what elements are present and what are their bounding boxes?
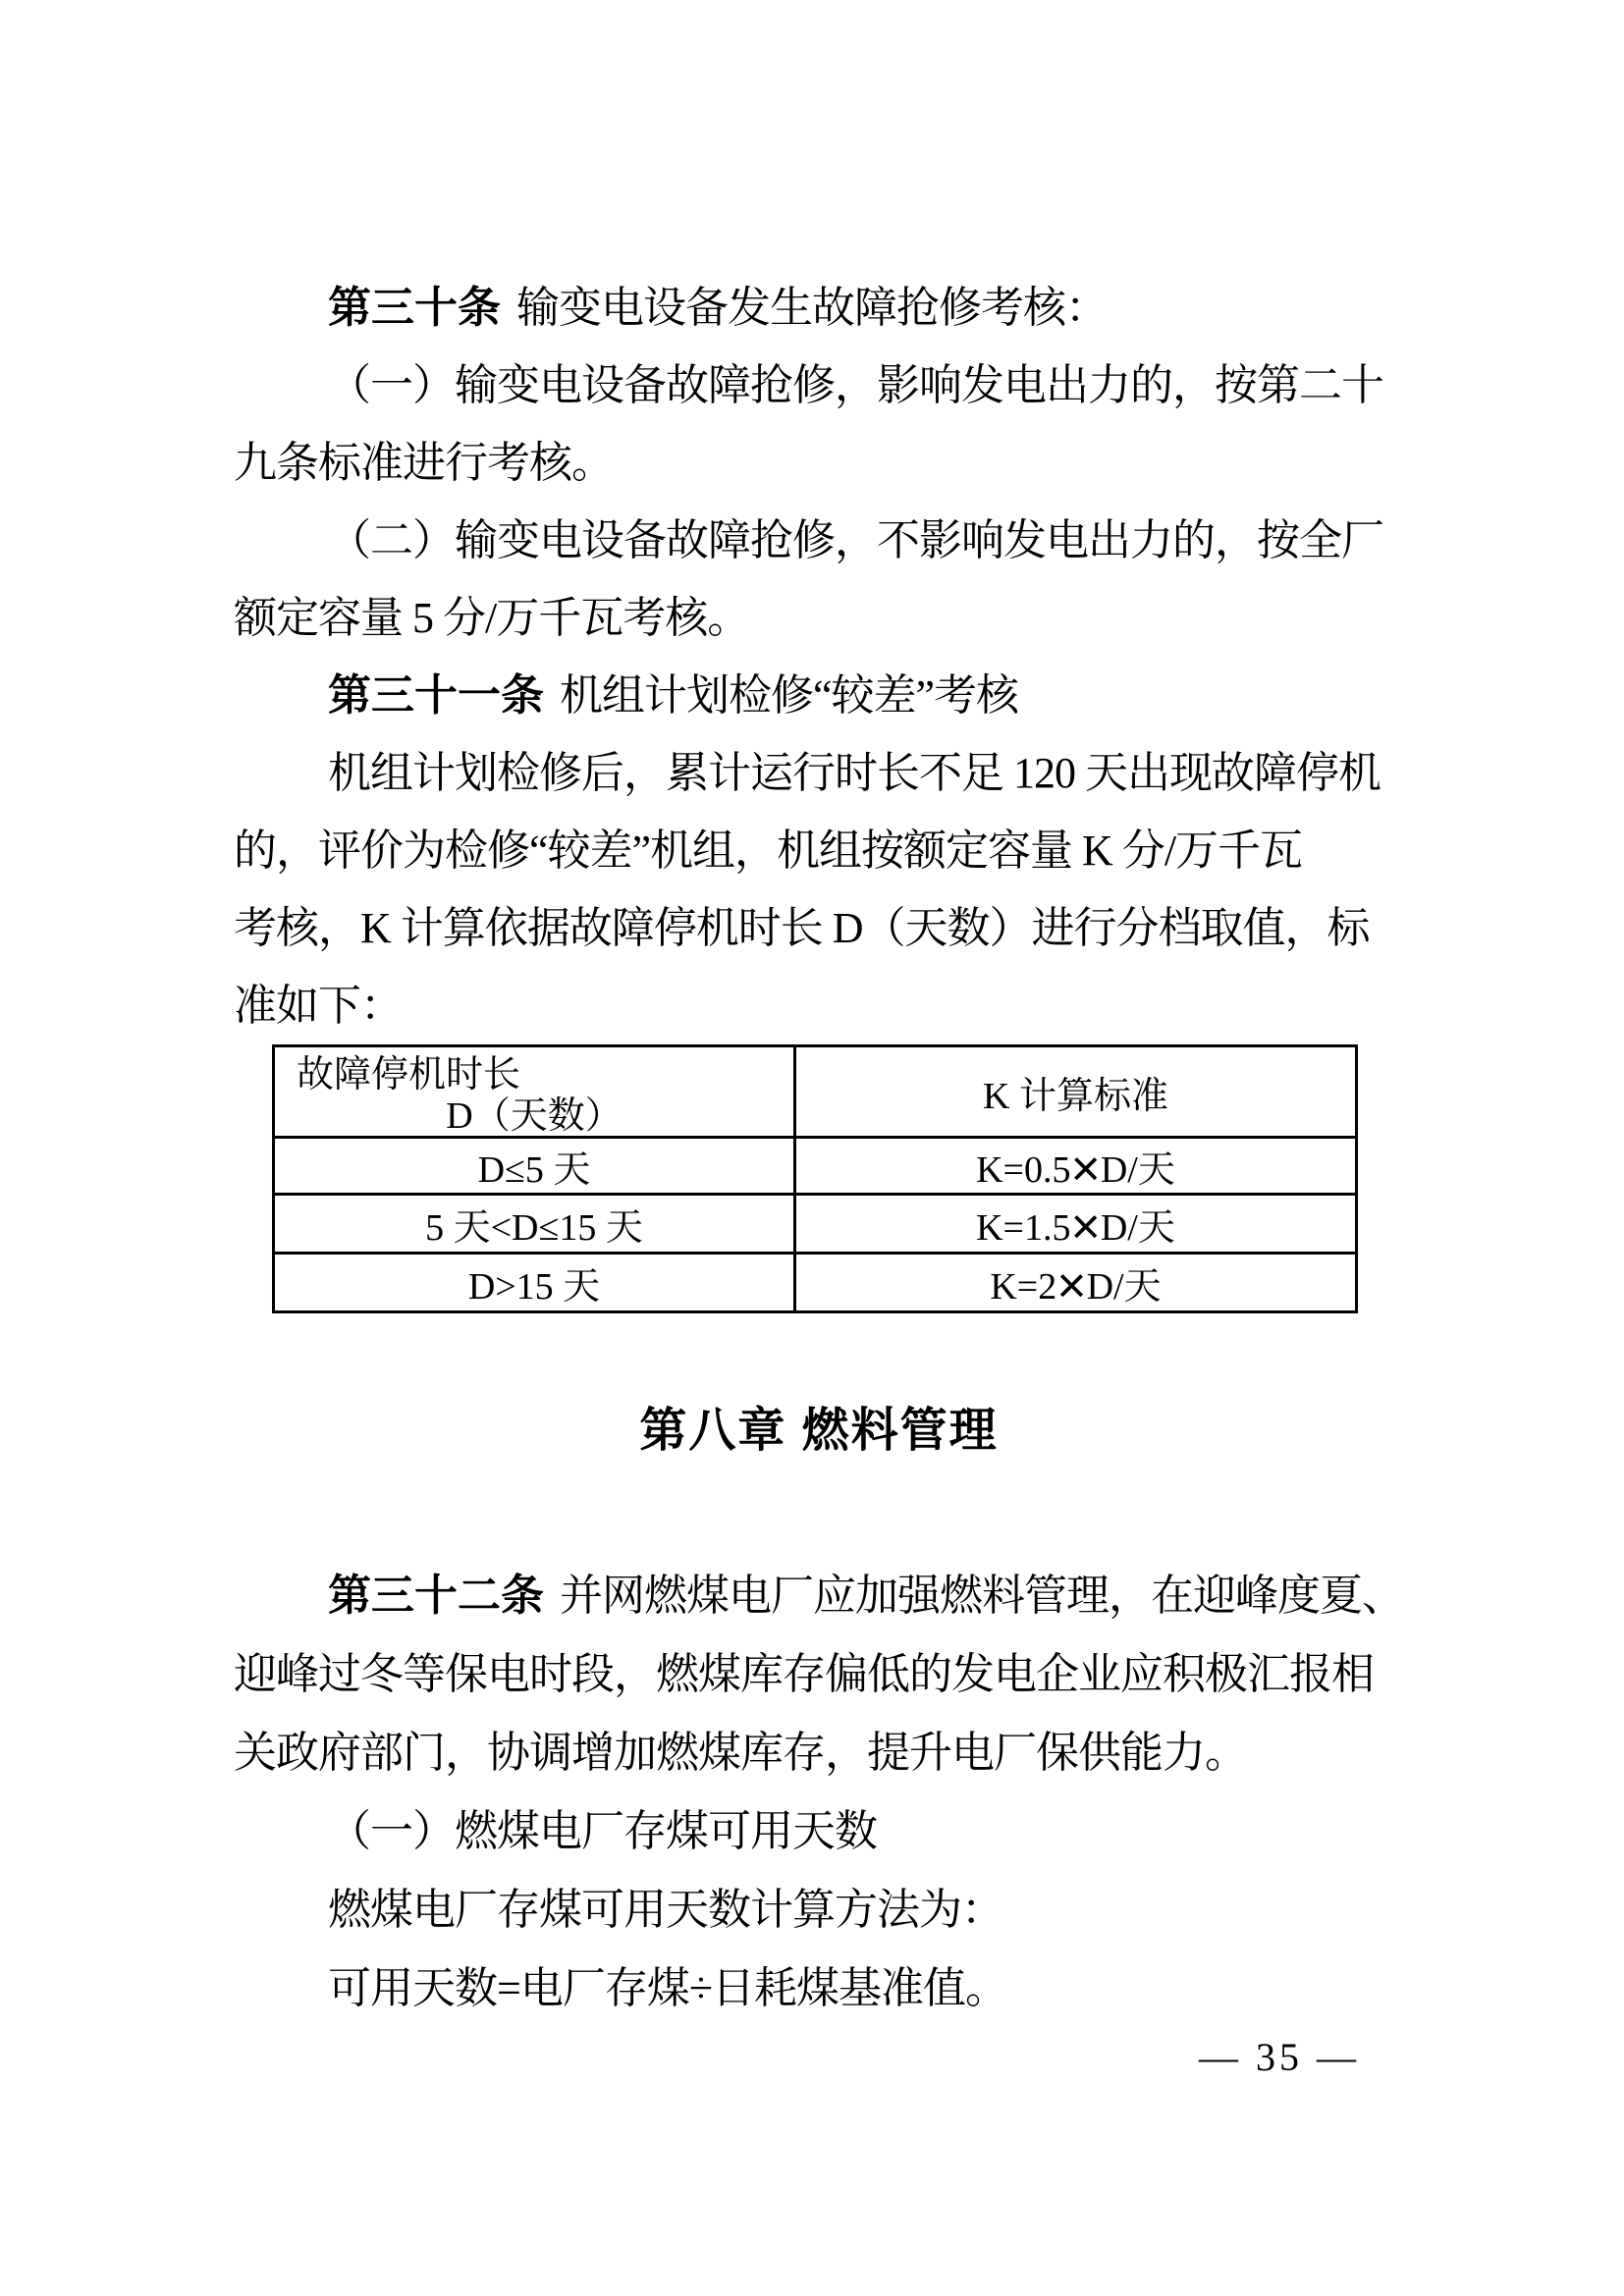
table-row: 5 天<D≤15 天 K=1.5×D/天 [274,1195,1357,1254]
k-value-cell: K=0.5×D/天 [795,1138,1357,1195]
article-32-number: 第三十二条 [328,1572,544,1620]
k-formula-prefix: K=1.5 [976,1207,1070,1249]
duration-cell: D≤5 天 [274,1138,795,1195]
table-row: D≤5 天 K=0.5×D/天 [274,1138,1357,1195]
text-line-content: 额定容量 5 分/万千瓦考核。 [234,594,749,642]
text-line: 迎峰过冬等保电时段，燃煤库存偏低的发电企业应积极汇报相 [234,1635,1412,1714]
text-line: 机组计划检修后，累计运行时长不足 120 天出现故障停机 [234,734,1412,812]
multiply-sign: × [1070,1141,1100,1198]
text-line-content: 输变电设备发生故障抢修考核： [516,284,1108,332]
k-formula-prefix: K=0.5 [976,1149,1070,1191]
duration-header-cell: 故障停机时长 D（天数） [274,1046,795,1138]
duration-header-line1: 故障停机时长 [275,1047,793,1096]
text-line: 的，评价为检修“较差”机组，机组按额定容量 K 分/万千瓦 [234,812,1412,889]
multiply-sign: × [1056,1257,1086,1314]
text-line: 关政府部门，协调增加燃煤库存，提升电厂保供能力。 [234,1714,1412,1792]
text-line: （一）输变电设备故障抢修，影响发电出力的，按第二十 [234,347,1412,424]
text-line-content: （一）输变电设备故障抢修，影响发电出力的，按第二十 [328,361,1383,409]
text-line-content: 机组计划检修后，累计运行时长不足 120 天出现故障停机 [328,749,1380,797]
text-line: 第三十条输变电设备发生故障抢修考核： [234,269,1412,347]
article-30-number: 第三十条 [328,284,501,332]
body-text-block-2: 第三十二条并网燃煤电厂应加强燃料管理，在迎峰度夏、 迎峰过冬等保电时段，燃煤库存… [234,1557,1412,2028]
body-text-block-1: 第三十条输变电设备发生故障抢修考核： （一）输变电设备故障抢修，影响发电出力的，… [234,269,1412,1044]
text-line-content: 并网燃煤电厂应加强燃料管理，在迎峰度夏、 [560,1572,1404,1620]
text-line: 燃煤电厂存煤可用天数计算方法为： [234,1871,1412,1949]
text-line-content: 九条标准进行考核。 [234,439,614,487]
text-line: 额定容量 5 分/万千瓦考核。 [234,579,1412,657]
table-row: D>15 天 K=2×D/天 [274,1254,1357,1312]
k-standard-header-cell: K 计算标准 [795,1046,1357,1138]
k-formula-suffix: D/天 [1101,1149,1175,1191]
chapter-heading: 第八章 燃料管理 [234,1402,1404,1461]
duration-cell: 5 天<D≤15 天 [274,1195,795,1254]
k-assessment-table: 故障停机时长 D（天数） K 计算标准 D≤5 天 K=0.5×D/天 5 天<… [272,1044,1358,1313]
text-line-content: （二）输变电设备故障抢修，不影响发电出力的，按全厂 [328,516,1383,564]
k-formula-suffix: D/天 [1087,1266,1162,1308]
text-line-content: 准如下： [234,982,403,1030]
k-value-cell: K=1.5×D/天 [795,1195,1357,1254]
text-line: （二）输变电设备故障抢修，不影响发电出力的，按全厂 [234,502,1412,579]
k-formula-suffix: D/天 [1101,1207,1175,1249]
text-line: 第三十二条并网燃煤电厂应加强燃料管理，在迎峰度夏、 [234,1557,1412,1635]
multiply-sign: × [1070,1199,1100,1255]
text-line-content: 迎峰过冬等保电时段，燃煤库存偏低的发电企业应积极汇报相 [234,1650,1374,1698]
duration-header-line2: D（天数） [275,1096,793,1136]
text-line-content: 关政府部门，协调增加燃煤库存，提升电厂保供能力。 [234,1729,1247,1777]
text-line-content: 考核，K 计算依据故障停机时长 D（天数）进行分档取值，标 [234,904,1370,952]
text-line: 可用天数=电厂存煤÷日耗煤基准值。 [234,1949,1412,2028]
k-value-cell: K=2×D/天 [795,1254,1357,1312]
text-line-content: 燃煤电厂存煤可用天数计算方法为： [328,1886,1003,1934]
page-number: — 35 — [1199,2034,1360,2081]
text-line: （一）燃煤电厂存煤可用天数 [234,1792,1412,1871]
text-line: 准如下： [234,967,1412,1044]
text-line-content: 可用天数=电厂存煤÷日耗煤基准值。 [328,1964,1007,2012]
text-line-content: 的，评价为检修“较差”机组，机组按额定容量 K 分/万千瓦 [234,827,1302,875]
text-line-content: 机组计划检修“较差”考核 [560,671,1018,720]
text-line: 第三十一条机组计划检修“较差”考核 [234,657,1412,734]
text-line: 考核，K 计算依据故障停机时长 D（天数）进行分档取值，标 [234,889,1412,967]
table-header-row: 故障停机时长 D（天数） K 计算标准 [274,1046,1357,1138]
article-31-number: 第三十一条 [328,671,544,720]
k-formula-prefix: K=2 [990,1266,1056,1308]
text-line: 九条标准进行考核。 [234,424,1412,502]
text-line-content: （一）燃煤电厂存煤可用天数 [328,1807,877,1855]
duration-cell: D>15 天 [274,1254,795,1312]
document-page: 第三十条输变电设备发生故障抢修考核： （一）输变电设备故障抢修，影响发电出力的，… [0,0,1624,2296]
